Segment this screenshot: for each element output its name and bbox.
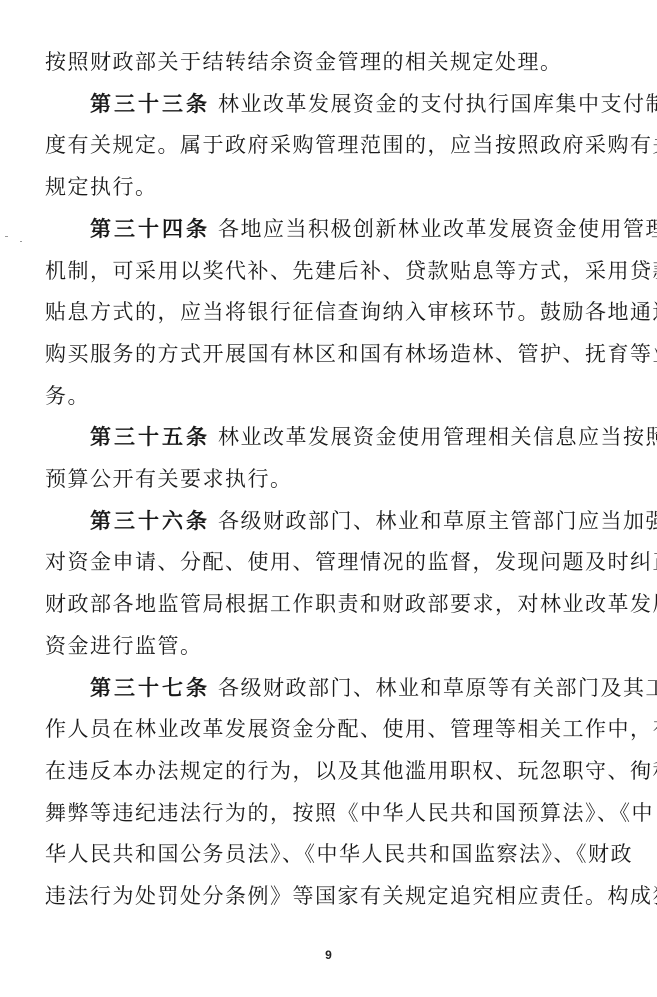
article-number: 第三十六条 [90, 509, 210, 533]
line-text: 林业改革发展资金使用管理相关信息应当按照 [218, 425, 657, 449]
line-text: 各地应当积极创新林业改革发展资金使用管理 [218, 217, 657, 241]
line-text: 财政部各地监管局根据工作职责和财政部要求，对林业改革发展 [45, 592, 657, 616]
text-line: 财政部各地监管局根据工作职责和财政部要求，对林业改革发展 [45, 589, 623, 619]
text-line: 购买服务的方式开展国有林区和国有林场造林、管护、抚育等业 [45, 339, 623, 369]
page-number: 9 [0, 948, 657, 962]
article-paragraph-start: 第三十四条各地应当积极创新林业改革发展资金使用管理 [45, 214, 623, 244]
text-line: 预算公开有关要求执行。 [45, 464, 623, 494]
article-paragraph-start: 第三十六条各级财政部门、林业和草原主管部门应当加强 [45, 506, 623, 536]
line-text: 机制，可采用以奖代补、先建后补、贷款贴息等方式，采用贷款 [45, 259, 657, 283]
line-text: 按照财政部关于结转结余资金管理的相关规定处理。 [45, 50, 563, 74]
text-line: 华人民共和国公务员法》、《中华人民共和国监察法》、《财政 [45, 839, 623, 869]
line-text: 各级财政部门、林业和草原主管部门应当加强 [218, 509, 657, 533]
text-line: 对资金申请、分配、使用、管理情况的监督，发现问题及时纠正。 [45, 547, 623, 577]
article-paragraph-start: 第三十七条各级财政部门、林业和草原等有关部门及其工 [45, 673, 623, 703]
line-text: 预算公开有关要求执行。 [45, 467, 293, 491]
article-number: 第三十五条 [90, 425, 210, 449]
line-text: 贴息方式的，应当将银行征信查询纳入审核环节。鼓励各地通过 [45, 300, 657, 324]
line-text: 购买服务的方式开展国有林区和国有林场造林、管护、抚育等业 [45, 342, 657, 366]
text-line: 按照财政部关于结转结余资金管理的相关规定处理。 [45, 47, 623, 77]
document-page: 按照财政部关于结转结余资金管理的相关规定处理。第三十三条林业改革发展资金的支付执… [0, 0, 657, 997]
text-line: 在违反本办法规定的行为，以及其他滥用职权、玩忽职守、徇私 [45, 756, 623, 786]
text-line: 度有关规定。属于政府采购管理范围的，应当按照政府采购有关 [45, 130, 623, 160]
line-text: 华人民共和国公务员法》、《中华人民共和国监察法》、《财政 [45, 842, 633, 866]
line-text: 度有关规定。属于政府采购管理范围的，应当按照政府采购有关 [45, 133, 657, 157]
line-text: 各级财政部门、林业和草原等有关部门及其工 [218, 676, 657, 700]
text-line: 违法行为处罚处分条例》等国家有关规定追究相应责任。构成犯 [45, 881, 623, 911]
text-line: 规定执行。 [45, 172, 623, 202]
text-line: 贴息方式的，应当将银行征信查询纳入审核环节。鼓励各地通过 [45, 297, 623, 327]
scan-speck [5, 236, 8, 237]
line-text: 林业改革发展资金的支付执行国库集中支付制 [218, 92, 657, 116]
text-line: 舞弊等违纪违法行为的，按照《中华人民共和国预算法》、《中 [45, 798, 623, 828]
article-paragraph-start: 第三十五条林业改革发展资金使用管理相关信息应当按照 [45, 422, 623, 452]
article-number: 第三十四条 [90, 217, 210, 241]
text-line: 务。 [45, 381, 623, 411]
article-paragraph-start: 第三十三条林业改革发展资金的支付执行国库集中支付制 [45, 89, 623, 119]
line-text: 在违反本办法规定的行为，以及其他滥用职权、玩忽职守、徇私 [45, 759, 657, 783]
article-number: 第三十三条 [90, 92, 210, 116]
line-text: 规定执行。 [45, 175, 158, 199]
line-text: 作人员在林业改革发展资金分配、使用、管理等相关工作中，存 [45, 717, 657, 741]
line-text: 违法行为处罚处分条例》等国家有关规定追究相应责任。构成犯 [45, 884, 657, 908]
article-number: 第三十七条 [90, 676, 210, 700]
line-text: 务。 [45, 384, 90, 408]
line-text: 对资金申请、分配、使用、管理情况的监督，发现问题及时纠正。 [45, 550, 657, 574]
text-line: 作人员在林业改革发展资金分配、使用、管理等相关工作中，存 [45, 714, 623, 744]
text-line: 机制，可采用以奖代补、先建后补、贷款贴息等方式，采用贷款 [45, 256, 623, 286]
text-line: 资金进行监管。 [45, 631, 623, 661]
scan-speck [20, 241, 22, 242]
line-text: 资金进行监管。 [45, 634, 203, 658]
line-text: 舞弊等违纪违法行为的，按照《中华人民共和国预算法》、《中 [45, 801, 654, 825]
